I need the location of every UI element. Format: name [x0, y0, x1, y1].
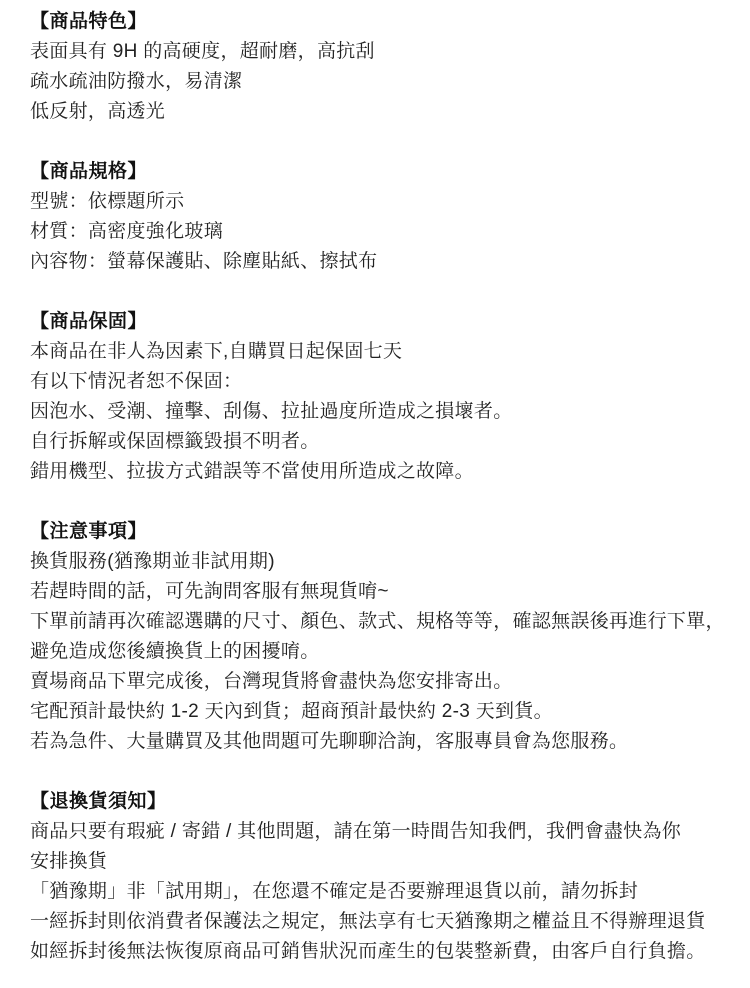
text-line: 疏水疏油防撥水，易清潔: [30, 67, 730, 97]
description-section: 【商品保固】本商品在非人為因素下,自購買日起保固七天有以下情況者恕不保固：因泡水…: [30, 307, 730, 487]
section-heading: 【商品規格】: [30, 157, 730, 187]
text-line: 「猶豫期」非「試用期」，在您還不確定是否要辦理退貨以前，請勿拆封: [30, 877, 730, 907]
text-line: 下單前請再次確認選購的尺寸、顏色、款式、規格等等，確認無誤後再進行下單，: [30, 607, 730, 637]
text-line: 表面具有 9H 的高硬度，超耐磨，高抗刮: [30, 37, 730, 67]
text-line: 一經拆封則依消費者保護法之規定，無法享有七天猶豫期之權益且不得辦理退貨: [30, 907, 730, 937]
description-section: 【注意事項】換貨服務(猶豫期並非試用期)若趕時間的話，可先詢問客服有無現貨唷~下…: [30, 517, 730, 757]
text-line: 若趕時間的話，可先詢問客服有無現貨唷~: [30, 577, 730, 607]
description-section: 【商品特色】表面具有 9H 的高硬度，超耐磨，高抗刮疏水疏油防撥水，易清潔低反射…: [30, 7, 730, 127]
text-line: 如經拆封後無法恢復原商品可銷售狀況而產生的包裝整新費，由客戶自行負擔。: [30, 937, 730, 967]
text-line: 安排換貨: [30, 847, 730, 877]
text-line: 錯用機型、拉拔方式錯誤等不當使用所造成之故障。: [30, 457, 730, 487]
text-line: 有以下情況者恕不保固：: [30, 367, 730, 397]
text-line: 宅配預計最快約 1-2 天內到貨；超商預計最快約 2-3 天到貨。: [30, 697, 730, 727]
text-line: 內容物：螢幕保護貼、除塵貼紙、擦拭布: [30, 247, 730, 277]
section-heading: 【退換貨須知】: [30, 787, 730, 817]
section-heading: 【商品特色】: [30, 7, 730, 37]
text-line: 若為急件、大量購買及其他問題可先聊聊洽詢，客服專員會為您服務。: [30, 727, 730, 757]
text-line: 因泡水、受潮、撞擊、刮傷、拉扯過度所造成之損壞者。: [30, 397, 730, 427]
description-section: 【退換貨須知】商品只要有瑕疵 / 寄錯 / 其他問題，請在第一時間告知我們，我們…: [30, 787, 730, 967]
text-line: 低反射，高透光: [30, 97, 730, 127]
section-heading: 【商品保固】: [30, 307, 730, 337]
text-line: 型號：依標題所示: [30, 187, 730, 217]
product-description-page: 【商品特色】表面具有 9H 的高硬度，超耐磨，高抗刮疏水疏油防撥水，易清潔低反射…: [0, 0, 750, 988]
description-sections: 【商品特色】表面具有 9H 的高硬度，超耐磨，高抗刮疏水疏油防撥水，易清潔低反射…: [30, 7, 730, 967]
text-line: 自行拆解或保固標籤毀損不明者。: [30, 427, 730, 457]
section-heading: 【注意事項】: [30, 517, 730, 547]
text-line: 材質：高密度強化玻璃: [30, 217, 730, 247]
text-line: 商品只要有瑕疵 / 寄錯 / 其他問題，請在第一時間告知我們，我們會盡快為你: [30, 817, 730, 847]
description-section: 【商品規格】型號：依標題所示材質：高密度強化玻璃內容物：螢幕保護貼、除塵貼紙、擦…: [30, 157, 730, 277]
text-line: 避免造成您後續換貨上的困擾唷。: [30, 637, 730, 667]
text-line: 本商品在非人為因素下,自購買日起保固七天: [30, 337, 730, 367]
text-line: 換貨服務(猶豫期並非試用期): [30, 547, 730, 577]
text-line: 賣場商品下單完成後，台灣現貨將會盡快為您安排寄出。: [30, 667, 730, 697]
